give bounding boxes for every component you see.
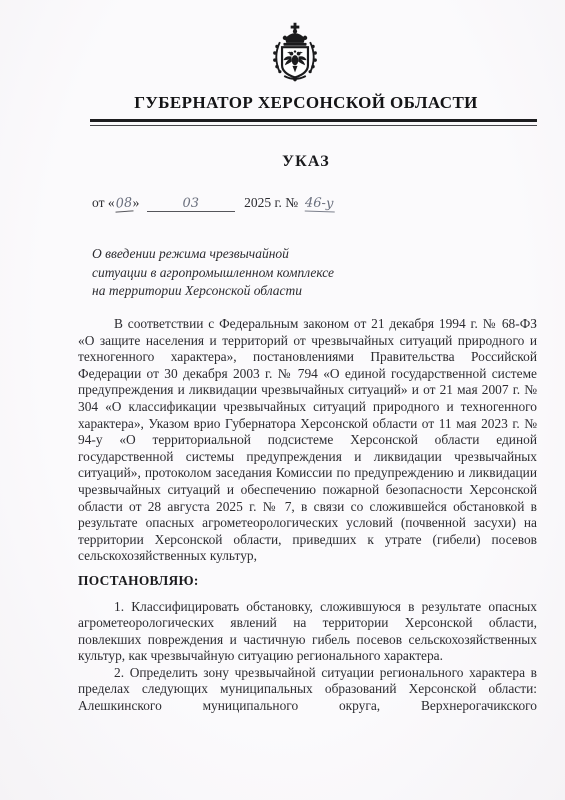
date-prefix-label: от «: [92, 195, 115, 210]
document-type-title: УКАЗ: [60, 153, 552, 171]
date-and-number-line: от «08» 03 2025 г. № 46-у: [92, 195, 335, 212]
letterhead-rule-thick: [90, 119, 537, 122]
handwritten-decree-number: 46-у: [304, 195, 335, 212]
preamble-paragraph: В соответствии с Федеральным законом от …: [78, 316, 537, 565]
decree-item-2: 2. Определить зону чрезвычайной ситуации…: [78, 665, 537, 715]
decree-body: В соответствии с Федеральным законом от …: [78, 316, 537, 715]
handwritten-day: 08: [114, 195, 133, 212]
date-close-quote: »: [133, 195, 140, 210]
letterhead-org-title: ГУБЕРНАТОР ХЕРСОНСКОЙ ОБЛАСТИ: [60, 93, 552, 113]
decree-subject: О введении режима чрезвычайной ситуации …: [92, 245, 340, 301]
handwritten-month: 03: [147, 196, 235, 212]
decree-item-1: 1. Классифицировать обстановку, сложившу…: [78, 599, 537, 665]
resolve-heading: ПОСТАНОВЛЯЮ:: [78, 573, 537, 590]
kherson-coat-of-arms-icon: [252, 22, 338, 94]
letterhead-rule-thin: [90, 125, 537, 126]
year-and-number-label: 2025 г. №: [244, 195, 298, 210]
scanned-decree-page: ГУБЕРНАТОР ХЕРСОНСКОЙ ОБЛАСТИ УКАЗ от «0…: [0, 0, 565, 800]
